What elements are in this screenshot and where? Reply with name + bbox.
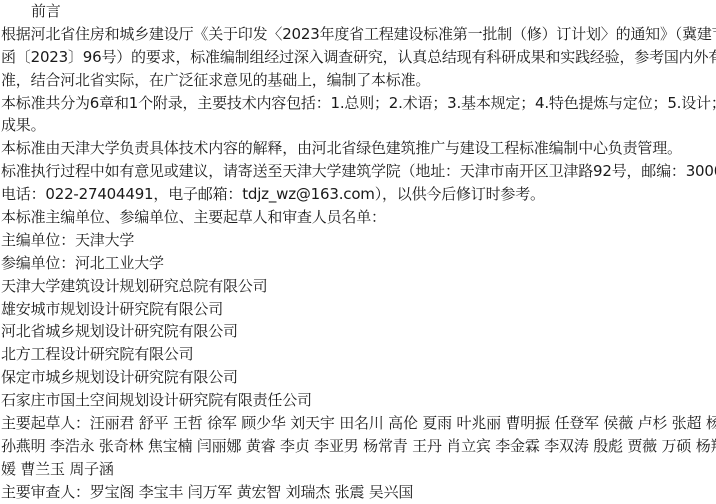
paragraph-line: 电话：022-27404491，电子邮箱：tdjz_wz@163.com），以供… (1, 183, 716, 206)
paragraph-line: 本标准主编单位、参编单位、主要起草人和审查人员名单： (1, 206, 716, 229)
participating-unit: 参编单位：河北工业大学 (1, 252, 716, 275)
paragraph-line: 本标准由天津大学负责具体技术内容的解释，由河北省绿色建筑推广与建设工程标准编制中… (1, 137, 716, 160)
reviewers-list: 主要审查人：罗宝阁 李宝丰 闫万军 黄宏智 刘瑞杰 张震 吴兴国 (1, 481, 716, 504)
drafters-list: 孙燕明 李浩永 张奇林 焦宝楠 闫丽娜 黄睿 李贞 李亚男 杨常青 王丹 肖立宾… (1, 435, 716, 458)
participating-unit: 石家庄市国土空间规划设计研究院有限责任公司 (1, 389, 716, 412)
document-body: 前言 根据河北省住房和城乡建设厅《关于印发〈2023年度省工程建设标准第一批制（… (0, 0, 716, 504)
document-title: 前言 (1, 0, 716, 23)
participating-unit: 河北省城乡规划设计研究院有限公司 (1, 320, 716, 343)
paragraph-line: 本标准共分为6章和1个附录，主要技术内容包括：1.总则；2.术语；3.基本规定；… (1, 92, 716, 115)
participating-unit: 保定市城乡规划设计研究院有限公司 (1, 366, 716, 389)
paragraph-line: 函〔2023〕96号）的要求，标准编制组经过深入调查研究，认真总结现有科研成果和… (1, 46, 716, 69)
participating-unit: 北方工程设计研究院有限公司 (1, 343, 716, 366)
drafters-list: 主要起草人：汪丽君 舒平 王哲 徐军 顾少华 刘天宇 田名川 高伦 夏雨 叶兆丽… (1, 412, 716, 435)
participating-unit: 雄安城市规划设计研究院有限公司 (1, 298, 716, 321)
paragraph-line: 标准执行过程中如有意见或建议，请寄送至天津大学建筑学院（地址：天津市南开区卫津路… (1, 160, 716, 183)
chief-editor-unit: 主编单位：天津大学 (1, 229, 716, 252)
paragraph-line: 根据河北省住房和城乡建设厅《关于印发〈2023年度省工程建设标准第一批制（修）订… (1, 23, 716, 46)
participating-unit: 天津大学建筑设计规划研究总院有限公司 (1, 275, 716, 298)
paragraph-line: 准，结合河北省实际，在广泛征求意见的基础上，编制了本标准。 (1, 69, 716, 92)
drafters-list: 媛 曹兰玉 周子涵 (1, 458, 716, 481)
paragraph-line: 成果。 (1, 114, 716, 137)
